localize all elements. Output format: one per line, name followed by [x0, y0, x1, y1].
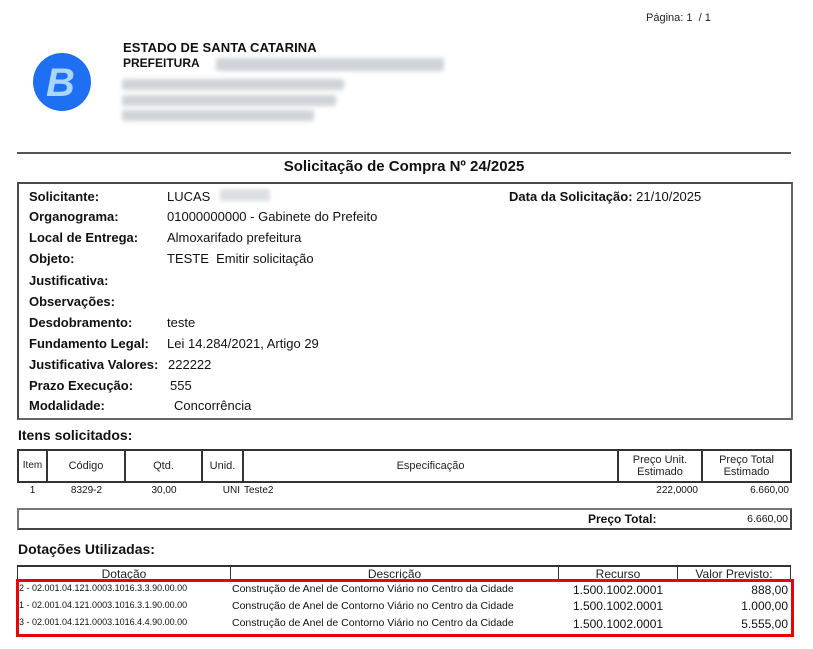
info-justificativa-valores: Justificativa Valores: 222222	[29, 355, 158, 375]
col-item: Item	[17, 449, 48, 483]
col-unid: Unid.	[202, 449, 244, 483]
total-box	[17, 508, 792, 530]
fundamento-legal-label: Fundamento Legal:	[29, 334, 149, 354]
state-name: ESTADO DE SANTA CATARINA	[123, 40, 317, 55]
objeto-value: TESTE Emitir solicitação	[167, 249, 314, 269]
justificativa-label: Justificativa:	[29, 271, 108, 291]
info-solicitante: Solicitante: LUCAS	[29, 187, 99, 207]
local-entrega-label: Local de Entrega:	[29, 228, 138, 248]
cell-preco-unit: 222,0000	[618, 485, 698, 496]
info-modalidade: Modalidade: Concorrência	[29, 396, 105, 416]
info-fundamento-legal: Fundamento Legal: Lei 14.284/2021, Artig…	[29, 334, 149, 354]
cell-especificacao: Teste2	[244, 485, 544, 496]
prazo-execucao-label: Prazo Execução:	[29, 376, 133, 396]
info-prazo-execucao: Prazo Execução: 555	[29, 376, 133, 396]
page-separator: /	[699, 12, 702, 24]
logo-letter: B	[46, 63, 75, 103]
objeto-label: Objeto:	[29, 249, 75, 269]
redacted-solicitante-surname	[220, 189, 270, 201]
info-local-entrega: Local de Entrega: Almoxarifado prefeitur…	[29, 228, 138, 248]
dotacoes-heading: Dotações Utilizadas:	[18, 541, 155, 557]
highlight-annotation-box	[16, 579, 794, 637]
col-preco-total: Preço Total Estimado	[702, 449, 792, 483]
local-entrega-value: Almoxarifado prefeitura	[167, 228, 301, 248]
page-current: 1	[686, 12, 692, 24]
redacted-address-line	[122, 79, 344, 90]
justificativa-valores-label: Justificativa Valores:	[29, 355, 158, 375]
col-preco-unit: Preço Unit. Estimado	[618, 449, 703, 483]
page-total: 1	[705, 12, 711, 24]
document-title: Solicitação de Compra Nº 24/2025	[17, 158, 791, 175]
justificativa-valores-value: 222222	[168, 355, 211, 375]
info-justificativa: Justificativa:	[29, 271, 108, 291]
redacted-address-line	[122, 95, 336, 106]
total-value: 6.660,00	[700, 513, 788, 525]
desdobramento-label: Desdobramento:	[29, 313, 132, 333]
prefeitura-label: PREFEITURA	[123, 56, 200, 70]
organization-logo: B	[33, 53, 91, 111]
info-organograma: Organograma: 01000000000 - Gabinete do P…	[29, 207, 119, 227]
data-solicitacao-value: 21/10/2025	[636, 189, 701, 204]
organograma-label: Organograma:	[29, 207, 119, 227]
modalidade-value: Concorrência	[174, 396, 251, 416]
info-objeto: Objeto: TESTE Emitir solicitação	[29, 249, 75, 269]
organograma-value: 01000000000 - Gabinete do Prefeito	[167, 207, 377, 227]
cell-preco-total: 6.660,00	[702, 485, 789, 496]
page-label: Página:	[646, 12, 683, 24]
total-label: Preço Total:	[588, 512, 656, 526]
info-observacoes: Observações:	[29, 292, 115, 312]
cell-qtd: 30,00	[125, 485, 203, 496]
request-info-box: Solicitante: LUCAS Data da Solicitação: …	[17, 182, 793, 420]
cell-unid: UNI	[202, 485, 240, 496]
fundamento-legal-value: Lei 14.284/2021, Artigo 29	[167, 334, 319, 354]
desdobramento-value: teste	[167, 313, 195, 333]
solicitante-label: Solicitante:	[29, 187, 99, 207]
col-codigo: Código	[47, 449, 126, 483]
cell-codigo: 8329-2	[47, 485, 126, 496]
info-data-solicitacao: Data da Solicitação: 21/10/2025	[509, 189, 701, 204]
prazo-execucao-value: 555	[170, 376, 192, 396]
modalidade-label: Modalidade:	[29, 396, 105, 416]
col-qtd: Qtd.	[125, 449, 203, 483]
observacoes-label: Observações:	[29, 292, 115, 312]
data-solicitacao-label: Data da Solicitação:	[509, 189, 633, 204]
items-heading: Itens solicitados:	[18, 427, 132, 443]
page-number: Página: 1 / 1	[646, 12, 711, 24]
header-divider	[17, 152, 791, 154]
redacted-contact-line	[122, 110, 314, 121]
col-especificacao: Especificação	[243, 449, 619, 483]
solicitante-value: LUCAS	[167, 187, 210, 207]
redacted-prefeitura-name	[216, 58, 444, 71]
info-desdobramento: Desdobramento: teste	[29, 313, 132, 333]
cell-item: 1	[17, 485, 48, 496]
